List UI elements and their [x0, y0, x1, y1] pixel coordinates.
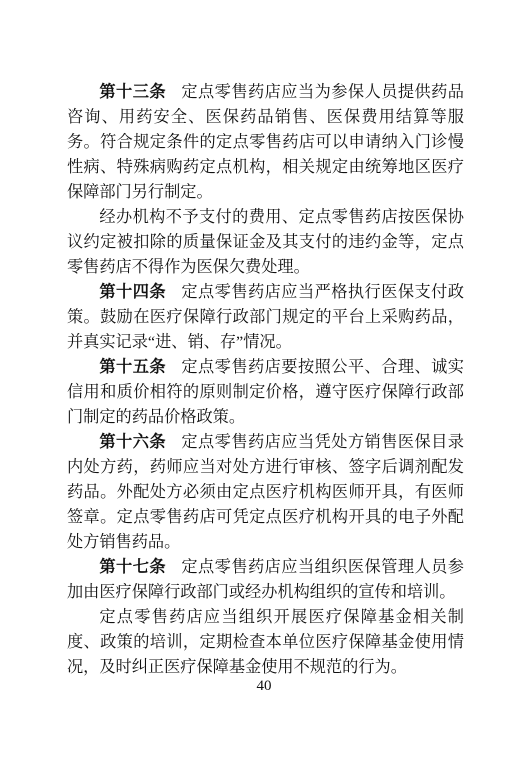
article-paragraph: 第十七条定点零售药店应当组织医保管理人员参加由医疗保障行政部门或经办机构组织的宣… — [67, 555, 464, 605]
article-number: 第十七条 — [99, 558, 166, 576]
article-text: 经办机构不予支付的费用、定点零售药店按医保协议约定被扣除的质量保证金及其支付的违… — [67, 208, 464, 276]
article-text: 定点零售药店应当组织开展医疗保障基金相关制度、政策的培训，定期检查本单位医疗保障… — [67, 608, 464, 676]
article-number: 第十四条 — [99, 283, 166, 301]
article-paragraph: 第十五条定点零售药店要按照公平、合理、诚实信用和质价相符的原则制定价格，遵守医疗… — [67, 355, 464, 430]
article-paragraph: 经办机构不予支付的费用、定点零售药店按医保协议约定被扣除的质量保证金及其支付的违… — [67, 205, 464, 280]
article-number: 第十五条 — [99, 358, 166, 376]
page-number: 40 — [0, 676, 528, 696]
document-text-block: 第十三条定点零售药店应当为参保人员提供药品咨询、用药安全、医保药品销售、医保费用… — [67, 80, 464, 680]
article-number: 第十六条 — [99, 433, 166, 451]
article-number: 第十三条 — [99, 83, 166, 101]
article-paragraph: 定点零售药店应当组织开展医疗保障基金相关制度、政策的培训，定期检查本单位医疗保障… — [67, 605, 464, 680]
article-paragraph: 第十三条定点零售药店应当为参保人员提供药品咨询、用药安全、医保药品销售、医保费用… — [67, 80, 464, 205]
article-paragraph: 第十六条定点零售药店应当凭处方销售医保目录内处方药，药师应当对处方进行审核、签字… — [67, 430, 464, 555]
document-page: 第十三条定点零售药店应当为参保人员提供药品咨询、用药安全、医保药品销售、医保费用… — [0, 0, 528, 767]
article-paragraph: 第十四条定点零售药店应当严格执行医保支付政策。鼓励在医疗保障行政部门规定的平台上… — [67, 280, 464, 355]
